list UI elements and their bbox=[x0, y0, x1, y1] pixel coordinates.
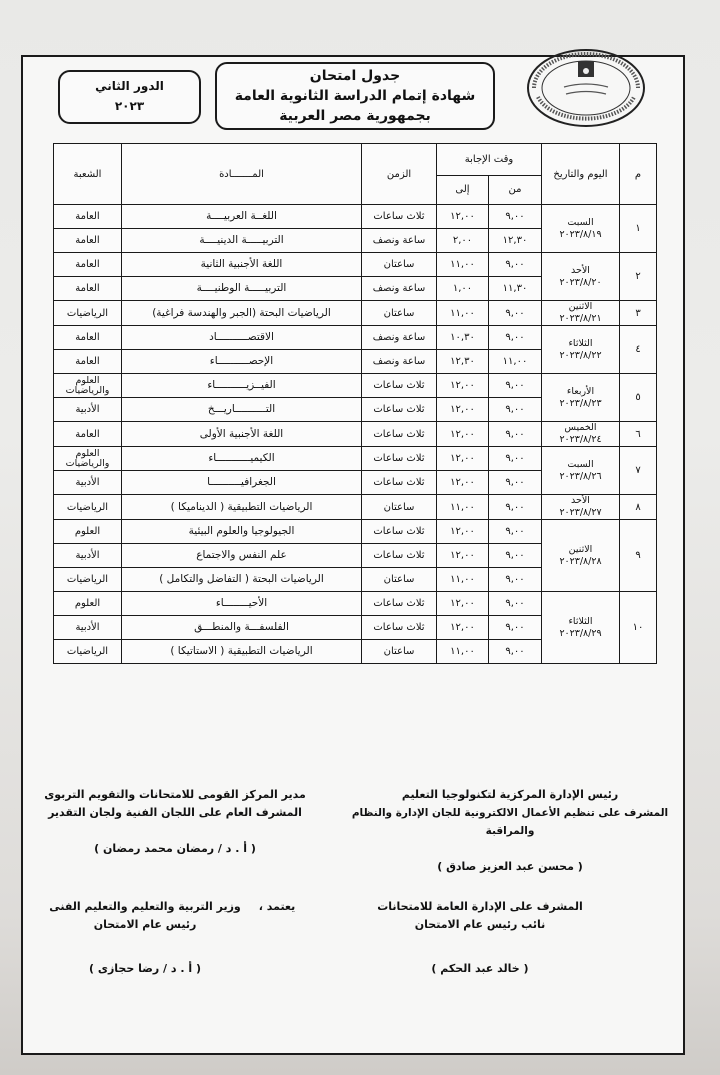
sig-title-2: المشرف على تنظيم الأعمال الالكترونية للج… bbox=[340, 804, 680, 840]
branch: الرياضيات bbox=[54, 301, 122, 326]
start-time: ٩,٠٠ bbox=[489, 205, 542, 229]
exam-date: ٢٠٢٣/٨/١٩ bbox=[542, 229, 619, 241]
exam-date: ٢٠٢٣/٨/٢٨ bbox=[542, 556, 619, 568]
end-time: ١٢,٠٠ bbox=[437, 422, 489, 447]
table-row: ١٠الثلاثاء٢٠٢٣/٨/٢٩٩,٠٠١٢,٠٠ثلاث ساعاتال… bbox=[54, 592, 657, 616]
sig-name: ( أ . د / رمضان محمد رمضان ) bbox=[30, 840, 320, 858]
duration: ساعتان bbox=[362, 640, 437, 664]
start-time: ٩,٠٠ bbox=[489, 374, 542, 398]
subject: علم النفس والاجتماع bbox=[122, 544, 362, 568]
start-time: ٩,٠٠ bbox=[489, 544, 542, 568]
row-number: ٤ bbox=[620, 326, 657, 374]
subject: التــــــــــاريـــخ bbox=[122, 398, 362, 422]
branch: الأدبية bbox=[54, 471, 122, 495]
table-row: ٨الأحد٢٠٢٣/٨/٢٧٩,٠٠١١,٠٠ساعتانالرياضيات … bbox=[54, 495, 657, 520]
start-time: ٩,٠٠ bbox=[489, 253, 542, 277]
duration: ساعتان bbox=[362, 568, 437, 592]
start-time: ١١,٠٠ bbox=[489, 350, 542, 374]
exam-round-box: الدور الثاني ٢٠٢٣ bbox=[58, 70, 201, 124]
end-time: ٢,٠٠ bbox=[437, 229, 489, 253]
start-time: ١١,٣٠ bbox=[489, 277, 542, 301]
duration: ساعة ونصف bbox=[362, 350, 437, 374]
start-time: ٩,٠٠ bbox=[489, 301, 542, 326]
subject: الرياضيات البحتة (الجبر والهندسة فراغية) bbox=[122, 301, 362, 326]
duration: ثلاث ساعات bbox=[362, 422, 437, 447]
header-num: م bbox=[620, 144, 657, 205]
round-label: الدور الثاني bbox=[60, 79, 199, 93]
table-row: ٦الخميس٢٠٢٣/٨/٢٤٩,٠٠١٢,٠٠ثلاث ساعاتاللغة… bbox=[54, 422, 657, 447]
start-time: ٩,٠٠ bbox=[489, 447, 542, 471]
start-time: ٩,٠٠ bbox=[489, 326, 542, 350]
signature-exams-supervisor: المشرف على الإدارة العامة للامتحانات نائ… bbox=[350, 898, 610, 978]
duration: ثلاث ساعات bbox=[362, 205, 437, 229]
duration: ساعة ونصف bbox=[362, 277, 437, 301]
branch: العلوم والرياضيات bbox=[54, 447, 122, 471]
row-number: ٨ bbox=[620, 495, 657, 520]
start-time: ٩,٠٠ bbox=[489, 520, 542, 544]
day-name: الأربعاء bbox=[542, 386, 619, 398]
subject: اللغــة العربيــــة bbox=[122, 205, 362, 229]
duration: ساعتان bbox=[362, 253, 437, 277]
signature-tech-head: رئيس الإدارة المركزية لتكنولوجيا التعليم… bbox=[340, 786, 680, 876]
branch: الرياضيات bbox=[54, 568, 122, 592]
day-name: الأحد bbox=[542, 495, 619, 507]
row-number: ٣ bbox=[620, 301, 657, 326]
header-subject: المـــــــادة bbox=[122, 144, 362, 205]
exam-date: ٢٠٢٣/٨/٢٣ bbox=[542, 398, 619, 410]
branch: العلوم bbox=[54, 520, 122, 544]
branch: الأدبية bbox=[54, 616, 122, 640]
day-date-cell: الاثنين٢٠٢٣/٨/٢١ bbox=[542, 301, 620, 326]
ministry-seal-icon bbox=[524, 47, 648, 129]
row-number: ٩ bbox=[620, 520, 657, 592]
branch: العلوم والرياضيات bbox=[54, 374, 122, 398]
day-date-cell: الثلاثاء٢٠٢٣/٨/٢٩ bbox=[542, 592, 620, 664]
day-date-cell: الأربعاء٢٠٢٣/٨/٢٣ bbox=[542, 374, 620, 422]
title-line-1: جدول امتحان bbox=[217, 66, 493, 86]
approval-label: يعتمد ، bbox=[247, 898, 307, 916]
subject: الرياضيات البحتة ( التفاضل والتكامل ) bbox=[122, 568, 362, 592]
end-time: ١١,٠٠ bbox=[437, 495, 489, 520]
branch: العامة bbox=[54, 229, 122, 253]
end-time: ١,٠٠ bbox=[437, 277, 489, 301]
end-time: ١١,٠٠ bbox=[437, 568, 489, 592]
subject: الجغرافيــــــــــا bbox=[122, 471, 362, 495]
end-time: ١٢,٠٠ bbox=[437, 616, 489, 640]
title-line-2: شهادة إتمام الدراسة الثانوية العامة bbox=[217, 86, 493, 106]
start-time: ٩,٠٠ bbox=[489, 592, 542, 616]
branch: العلوم bbox=[54, 592, 122, 616]
duration: ثلاث ساعات bbox=[362, 374, 437, 398]
table-row: ٣الاثنين٢٠٢٣/٨/٢١٩,٠٠١١,٠٠ساعتانالرياضيا… bbox=[54, 301, 657, 326]
sig-title-1: المشرف على الإدارة العامة للامتحانات bbox=[350, 898, 610, 916]
signature-center-director: مدير المركز القومى للامتحانات والتقويم ا… bbox=[30, 786, 320, 858]
start-time: ٩,٠٠ bbox=[489, 616, 542, 640]
end-time: ١٢,٠٠ bbox=[437, 520, 489, 544]
sig-title-1: وزير التربية والتعليم والتعليم الفنى bbox=[40, 898, 250, 916]
subject: الكيميـــــــــــاء bbox=[122, 447, 362, 471]
row-number: ١٠ bbox=[620, 592, 657, 664]
exam-date: ٢٠٢٣/٨/٢٩ bbox=[542, 628, 619, 640]
exam-date: ٢٠٢٣/٨/٢٢ bbox=[542, 350, 619, 362]
end-time: ١٢,٠٠ bbox=[437, 205, 489, 229]
subject: الرياضيات التطبيقية ( الاستاتيكا ) bbox=[122, 640, 362, 664]
sig-name: ( أ . د / رضا حجازى ) bbox=[40, 960, 250, 978]
day-name: الأحد bbox=[542, 265, 619, 277]
subject: الجيولوجيا والعلوم البيئية bbox=[122, 520, 362, 544]
sig-title-2: رئيس عام الامتحان bbox=[40, 916, 250, 934]
exam-year: ٢٠٢٣ bbox=[60, 99, 199, 113]
duration: ثلاث ساعات bbox=[362, 616, 437, 640]
duration: ثلاث ساعات bbox=[362, 520, 437, 544]
start-time: ٩,٠٠ bbox=[489, 471, 542, 495]
duration: ثلاث ساعات bbox=[362, 398, 437, 422]
table-row: ١السبت٢٠٢٣/٨/١٩٩,٠٠١٢,٠٠ثلاث ساعاتاللغــ… bbox=[54, 205, 657, 229]
day-date-cell: الاثنين٢٠٢٣/٨/٢٨ bbox=[542, 520, 620, 592]
end-time: ١٠,٣٠ bbox=[437, 326, 489, 350]
end-time: ١١,٠٠ bbox=[437, 640, 489, 664]
start-time: ١٢,٣٠ bbox=[489, 229, 542, 253]
branch: الرياضيات bbox=[54, 495, 122, 520]
row-number: ٧ bbox=[620, 447, 657, 495]
start-time: ٩,٠٠ bbox=[489, 640, 542, 664]
subject: اللغة الأجنبية الأولى bbox=[122, 422, 362, 447]
subject: الرياضيات التطبيقية ( الديناميكا ) bbox=[122, 495, 362, 520]
header-from: من bbox=[489, 175, 542, 204]
header-answer-time: وقت الإجابة bbox=[437, 144, 542, 176]
day-name: الاثنين bbox=[542, 301, 619, 313]
table-row: ٥الأربعاء٢٠٢٣/٨/٢٣٩,٠٠١٢,٠٠ثلاث ساعاتالف… bbox=[54, 374, 657, 398]
document-title-box: جدول امتحان شهادة إتمام الدراسة الثانوية… bbox=[215, 62, 495, 130]
end-time: ١٢,٠٠ bbox=[437, 592, 489, 616]
row-number: ٢ bbox=[620, 253, 657, 301]
subject: الأحيــــــــاء bbox=[122, 592, 362, 616]
branch: العامة bbox=[54, 253, 122, 277]
subject: الإحصــــــــــاء bbox=[122, 350, 362, 374]
start-time: ٩,٠٠ bbox=[489, 398, 542, 422]
duration: ساعتان bbox=[362, 301, 437, 326]
row-number: ١ bbox=[620, 205, 657, 253]
end-time: ١١,٠٠ bbox=[437, 253, 489, 277]
duration: ثلاث ساعات bbox=[362, 544, 437, 568]
end-time: ١٢,٣٠ bbox=[437, 350, 489, 374]
subject: الفلسفـــة والمنطـــق bbox=[122, 616, 362, 640]
header-to: إلى bbox=[437, 175, 489, 204]
start-time: ٩,٠٠ bbox=[489, 495, 542, 520]
branch: الأدبية bbox=[54, 398, 122, 422]
branch: العامة bbox=[54, 205, 122, 229]
exam-date: ٢٠٢٣/٨/٢١ bbox=[542, 313, 619, 325]
day-name: الخميس bbox=[542, 422, 619, 434]
header-duration: الزمن bbox=[362, 144, 437, 205]
exam-date: ٢٠٢٣/٨/٢٧ bbox=[542, 507, 619, 519]
duration: ساعتان bbox=[362, 495, 437, 520]
exam-schedule-table: م اليوم والتاريخ وقت الإجابة الزمن المــ… bbox=[53, 143, 657, 664]
exam-date: ٢٠٢٣/٨/٢٠ bbox=[542, 277, 619, 289]
day-name: الاثنين bbox=[542, 544, 619, 556]
table-row: ٧السبت٢٠٢٣/٨/٢٦٩,٠٠١٢,٠٠ثلاث ساعاتالكيمي… bbox=[54, 447, 657, 471]
exam-date: ٢٠٢٣/٨/٢٤ bbox=[542, 434, 619, 446]
day-date-cell: السبت٢٠٢٣/٨/٢٦ bbox=[542, 447, 620, 495]
subject: التربيـــــة الدينيــــة bbox=[122, 229, 362, 253]
start-time: ٩,٠٠ bbox=[489, 422, 542, 447]
approve-text: يعتمد ، bbox=[247, 898, 307, 916]
subject: الاقتصــــــــــاد bbox=[122, 326, 362, 350]
header-branch: الشعبة bbox=[54, 144, 122, 205]
branch: الرياضيات bbox=[54, 640, 122, 664]
end-time: ١٢,٠٠ bbox=[437, 398, 489, 422]
end-time: ١٢,٠٠ bbox=[437, 374, 489, 398]
subject: الفيــزيــــــــــاء bbox=[122, 374, 362, 398]
day-date-cell: الثلاثاء٢٠٢٣/٨/٢٢ bbox=[542, 326, 620, 374]
subject: التربيـــــة الوطنيــــة bbox=[122, 277, 362, 301]
sig-name: ( خالد عبد الحكم ) bbox=[350, 960, 610, 978]
day-name: السبت bbox=[542, 459, 619, 471]
table-row: ٤الثلاثاء٢٠٢٣/٨/٢٢٩,٠٠١٠,٣٠ساعة ونصفالاق… bbox=[54, 326, 657, 350]
branch: الأدبية bbox=[54, 544, 122, 568]
start-time: ٩,٠٠ bbox=[489, 568, 542, 592]
sig-title-1: رئيس الإدارة المركزية لتكنولوجيا التعليم bbox=[340, 786, 680, 804]
table-row: ٩الاثنين٢٠٢٣/٨/٢٨٩,٠٠١٢,٠٠ثلاث ساعاتالجي… bbox=[54, 520, 657, 544]
duration: ساعة ونصف bbox=[362, 326, 437, 350]
branch: العامة bbox=[54, 422, 122, 447]
title-line-3: بجمهورية مصر العربية bbox=[217, 106, 493, 126]
duration: ثلاث ساعات bbox=[362, 592, 437, 616]
sig-name: ( محسن عبد العزيز صادق ) bbox=[340, 858, 680, 876]
branch: العامة bbox=[54, 277, 122, 301]
row-number: ٥ bbox=[620, 374, 657, 422]
day-date-cell: السبت٢٠٢٣/٨/١٩ bbox=[542, 205, 620, 253]
day-name: الثلاثاء bbox=[542, 616, 619, 628]
row-number: ٦ bbox=[620, 422, 657, 447]
end-time: ١٢,٠٠ bbox=[437, 471, 489, 495]
duration: ثلاث ساعات bbox=[362, 447, 437, 471]
duration: ثلاث ساعات bbox=[362, 471, 437, 495]
day-date-cell: الأحد٢٠٢٣/٨/٢٠ bbox=[542, 253, 620, 301]
table-row: ٢الأحد٢٠٢٣/٨/٢٠٩,٠٠١١,٠٠ساعتاناللغة الأج… bbox=[54, 253, 657, 277]
sig-title-2: نائب رئيس عام الامتحان bbox=[350, 916, 610, 934]
end-time: ١١,٠٠ bbox=[437, 301, 489, 326]
branch: العامة bbox=[54, 326, 122, 350]
subject: اللغة الأجنبية الثانية bbox=[122, 253, 362, 277]
exam-date: ٢٠٢٣/٨/٢٦ bbox=[542, 471, 619, 483]
day-name: الثلاثاء bbox=[542, 338, 619, 350]
sig-title-1: مدير المركز القومى للامتحانات والتقويم ا… bbox=[30, 786, 320, 804]
day-date-cell: الأحد٢٠٢٣/٨/٢٧ bbox=[542, 495, 620, 520]
day-name: السبت bbox=[542, 217, 619, 229]
branch: العامة bbox=[54, 350, 122, 374]
header-day-date: اليوم والتاريخ bbox=[542, 144, 620, 205]
signature-minister: وزير التربية والتعليم والتعليم الفنى رئي… bbox=[40, 898, 250, 978]
end-time: ١٢,٠٠ bbox=[437, 447, 489, 471]
day-date-cell: الخميس٢٠٢٣/٨/٢٤ bbox=[542, 422, 620, 447]
end-time: ١٢,٠٠ bbox=[437, 544, 489, 568]
sig-title-2: المشرف العام على اللجان الفنية ولجان الت… bbox=[30, 804, 320, 822]
ministry-logo bbox=[524, 47, 648, 129]
duration: ساعة ونصف bbox=[362, 229, 437, 253]
